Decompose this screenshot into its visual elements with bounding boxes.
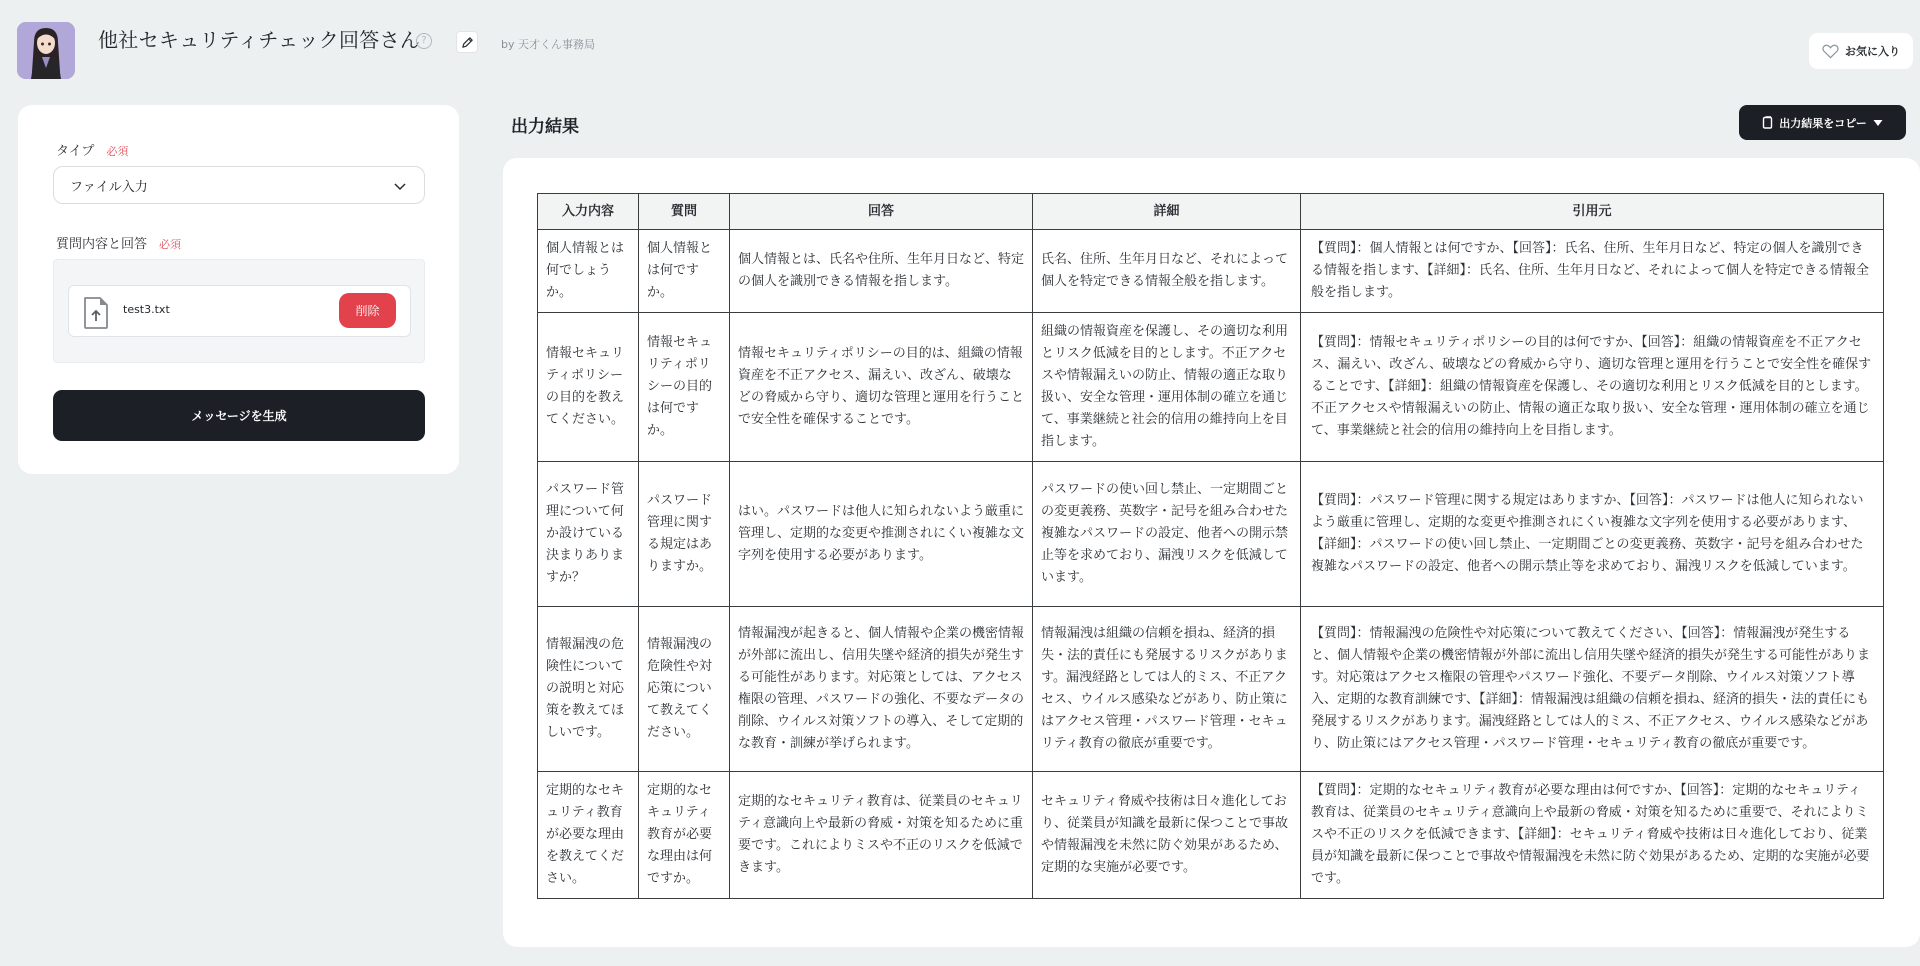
- cell-question: 情報セキュリティポリシーの目的は何ですか。: [639, 313, 730, 462]
- qa-label: 質問内容と回答: [56, 233, 147, 252]
- cell-question: パスワード管理に関する規定はありますか。: [639, 462, 730, 607]
- column-header-input: 入力内容: [538, 194, 639, 230]
- cell-input: 情報漏洩の危険性についての説明と対応策を教えてほしいです。: [538, 607, 639, 772]
- table-row: 定期的なセキュリティ教育が必要な理由を教えてください。 定期的なセキュリティ教育…: [538, 772, 1884, 899]
- input-form-panel: タイプ 必須 ファイル入力 質問内容と回答 必須 test3.txt 削除 メッ…: [18, 105, 459, 474]
- help-icon[interactable]: ?: [416, 33, 432, 49]
- results-heading: 出力結果: [511, 112, 579, 137]
- required-badge: 必須: [159, 236, 181, 252]
- column-header-question: 質問: [639, 194, 730, 230]
- column-header-source: 引用元: [1301, 194, 1884, 230]
- type-field-label: タイプ 必須: [56, 140, 128, 159]
- results-card: 入力内容 質問 回答 詳細 引用元 個人情報とは何でしょうか。 個人情報とは何で…: [503, 158, 1920, 947]
- type-select[interactable]: ファイル入力: [53, 166, 425, 204]
- cell-detail: セキュリティ脅威や技術は日々進化しており、従業員が知識を最新に保つことで事故や情…: [1033, 772, 1301, 899]
- cell-answer: 個人情報とは、氏名や住所、生年月日など、特定の個人を識別できる情報を指します。: [730, 230, 1033, 313]
- file-upload-area[interactable]: test3.txt 削除: [53, 259, 425, 363]
- favorite-label: お気に入り: [1845, 43, 1900, 59]
- file-upload-icon: [82, 296, 110, 330]
- cell-detail: パスワードの使い回し禁止、一定期間ごとの変更義務、英数字・記号を組み合わせた複雑…: [1033, 462, 1301, 607]
- cell-answer: 定期的なセキュリティ教育は、従業員のセキュリティ意識向上や最新の脅威・対策を知る…: [730, 772, 1033, 899]
- cell-answer: 情報漏洩が起きると、個人情報や企業の機密情報が外部に流出し、信用失墜や経済的損失…: [730, 607, 1033, 772]
- column-header-answer: 回答: [730, 194, 1033, 230]
- cell-input: パスワード管理について何か設けている決まりありますか？: [538, 462, 639, 607]
- cell-answer: 情報セキュリティポリシーの目的は、組織の情報資産を不正アクセス、漏えい、改ざん、…: [730, 313, 1033, 462]
- cell-input: 個人情報とは何でしょうか。: [538, 230, 639, 313]
- cell-source: 【質問】：定期的なセキュリティ教育が必要な理由は何ですか、【回答】：定期的なセキ…: [1301, 772, 1884, 899]
- cell-source: 【質問】：情報セキュリティポリシーの目的は何ですか、【回答】：組織の情報資産を不…: [1301, 313, 1884, 462]
- cell-question: 個人情報とは何ですか。: [639, 230, 730, 313]
- cell-detail: 組織の情報資産を保護し、その適切な利用とリスク低減を目的とします。不正アクセスや…: [1033, 313, 1301, 462]
- cell-input: 情報セキュリティポリシーの目的を教えてください。: [538, 313, 639, 462]
- chevron-down-icon: [392, 178, 408, 194]
- copy-icon: [1762, 116, 1773, 129]
- app-header: 他社セキュリティチェック回答さん ? by 天才くん事務局 お気に入り: [0, 0, 1920, 100]
- file-name: test3.txt: [123, 303, 170, 316]
- cell-source: 【質問】：パスワード管理に関する規定はありますか、【回答】：パスワードは他人に知…: [1301, 462, 1884, 607]
- pencil-icon: [461, 36, 474, 49]
- cell-answer: はい。パスワードは他人に知られないよう厳重に管理し、定期的な変更や推測されにくい…: [730, 462, 1033, 607]
- qa-field-label: 質問内容と回答 必須: [56, 233, 181, 252]
- cell-detail: 氏名、住所、生年月日など、それによって個人を特定できる情報全般を指します。: [1033, 230, 1301, 313]
- author-byline: by 天才くん事務局: [501, 36, 595, 52]
- table-header-row: 入力内容 質問 回答 詳細 引用元: [538, 194, 1884, 230]
- table-row: 情報漏洩の危険性についての説明と対応策を教えてほしいです。 情報漏洩の危険性や対…: [538, 607, 1884, 772]
- edit-button[interactable]: [456, 31, 478, 53]
- caret-down-icon: [1873, 119, 1883, 127]
- character-avatar-icon: [17, 22, 75, 79]
- app-title: 他社セキュリティチェック回答さん: [98, 24, 420, 53]
- avatar: [17, 22, 75, 79]
- cell-source: 【質問】：個人情報とは何ですか、【回答】：氏名、住所、生年月日など、特定の個人を…: [1301, 230, 1884, 313]
- column-header-detail: 詳細: [1033, 194, 1301, 230]
- required-badge: 必須: [106, 143, 128, 159]
- cell-input: 定期的なセキュリティ教育が必要な理由を教えてください。: [538, 772, 639, 899]
- results-table: 入力内容 質問 回答 詳細 引用元 個人情報とは何でしょうか。 個人情報とは何で…: [537, 193, 1884, 899]
- table-row: パスワード管理について何か設けている決まりありますか？ パスワード管理に関する規…: [538, 462, 1884, 607]
- delete-file-button[interactable]: 削除: [339, 293, 396, 328]
- cell-question: 情報漏洩の危険性や対応策について教えてください。: [639, 607, 730, 772]
- cell-detail: 情報漏洩は組織の信頼を損ね、経済的損失・法的責任にも発展するリスクがあります。漏…: [1033, 607, 1301, 772]
- heart-icon: [1822, 44, 1839, 59]
- type-label: タイプ: [56, 140, 94, 159]
- uploaded-file-card: test3.txt 削除: [68, 285, 411, 337]
- cell-source: 【質問】：情報漏洩の危険性や対応策について教えてください、【回答】：情報漏洩が発…: [1301, 607, 1884, 772]
- favorite-button[interactable]: お気に入り: [1809, 33, 1913, 69]
- table-row: 個人情報とは何でしょうか。 個人情報とは何ですか。 個人情報とは、氏名や住所、生…: [538, 230, 1884, 313]
- generate-message-button[interactable]: メッセージを生成: [53, 390, 425, 441]
- table-row: 情報セキュリティポリシーの目的を教えてください。 情報セキュリティポリシーの目的…: [538, 313, 1884, 462]
- type-select-value: ファイル入力: [70, 176, 148, 195]
- copy-results-button[interactable]: 出力結果をコピー: [1739, 105, 1906, 140]
- cell-question: 定期的なセキュリティ教育が必要な理由は何ですか。: [639, 772, 730, 899]
- copy-results-label: 出力結果をコピー: [1779, 115, 1867, 131]
